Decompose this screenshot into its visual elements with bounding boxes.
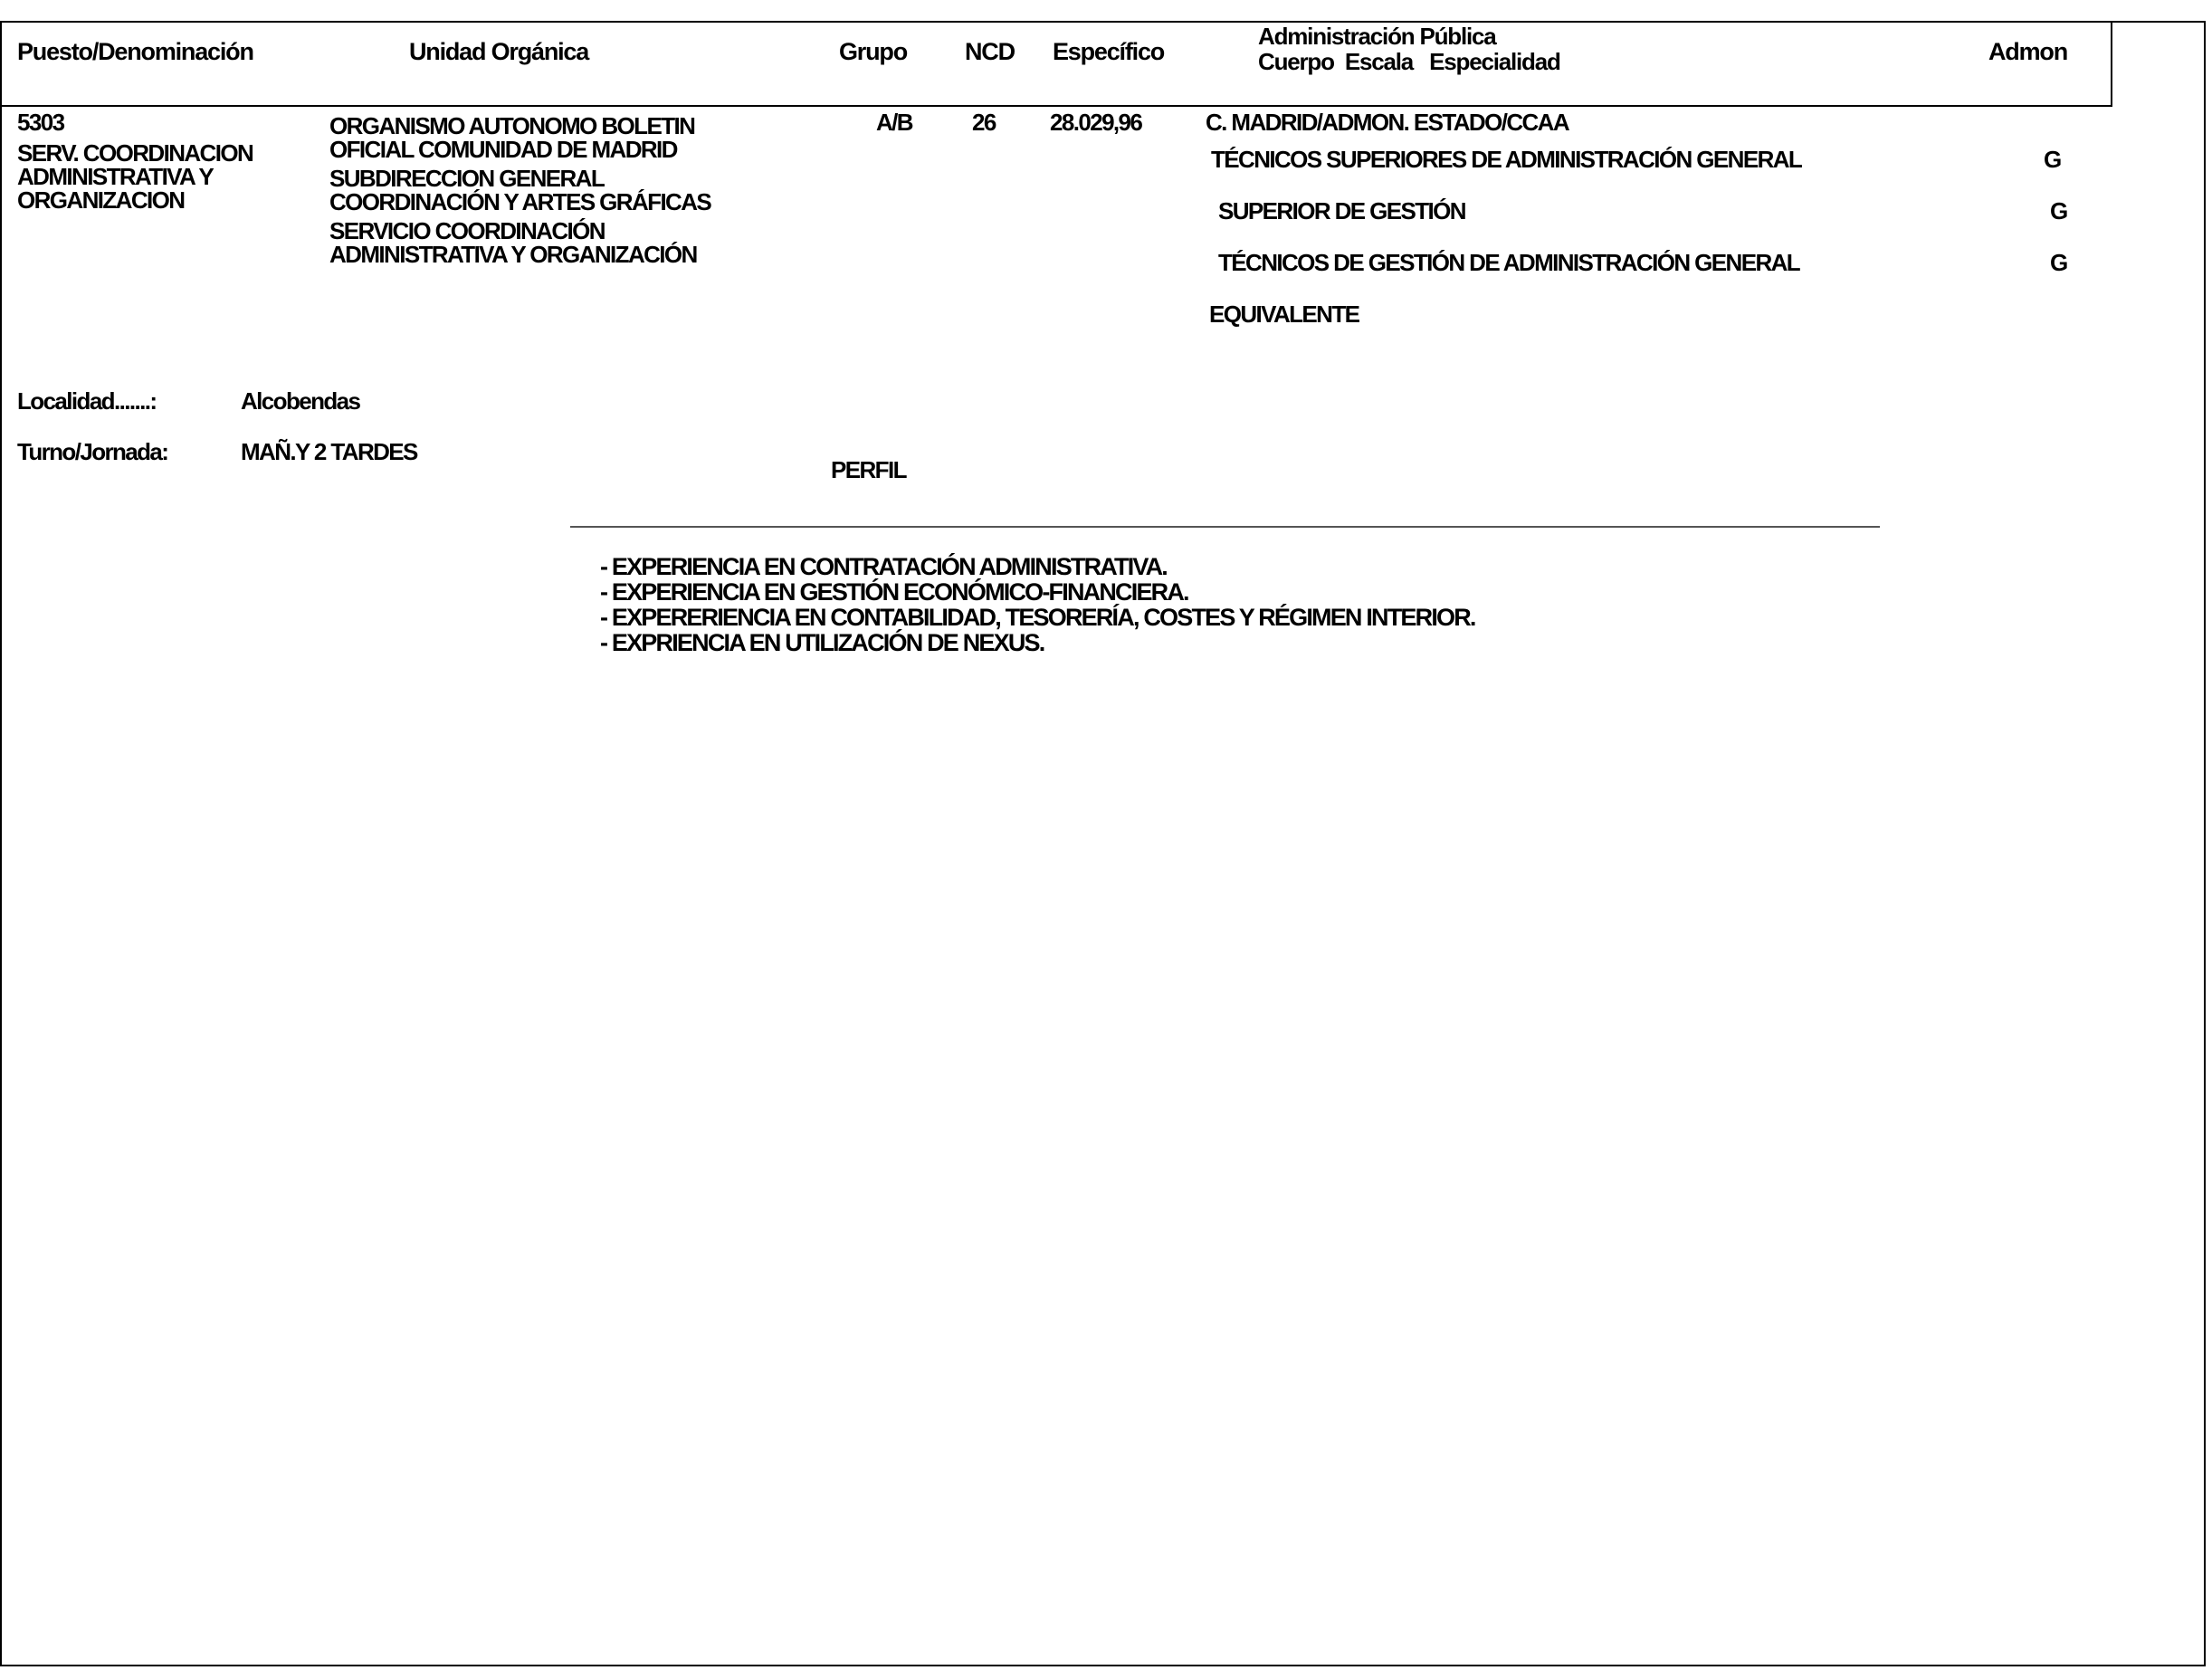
- cuerpo-name: TÉCNICOS SUPERIORES DE ADMINISTRACIÓN GE…: [1211, 148, 1801, 171]
- col-header-ncd: NCD: [965, 40, 1015, 64]
- unidad-line: ADMINISTRATIVA Y ORGANIZACIÓN: [329, 242, 710, 267]
- localidad-value: Alcobendas: [241, 389, 359, 413]
- unidad-line: SUBDIRECCION GENERAL: [329, 166, 710, 191]
- cuerpo-name: TÉCNICOS DE GESTIÓN DE ADMINISTRACIÓN GE…: [1218, 251, 1799, 274]
- perfil-title: PERFIL: [831, 458, 906, 482]
- unidad-line: OFICIAL COMUNIDAD DE MADRID: [329, 137, 710, 162]
- denominacion-line: ADMINISTRATIVA Y: [17, 165, 253, 188]
- requirement-item: - EXPERIENCIA EN CONTRATACIÓN ADMINISTRA…: [600, 554, 1475, 579]
- position-denominacion: SERV. COORDINACION ADMINISTRATIVA Y ORGA…: [17, 141, 253, 212]
- equivalente-label: EQUIVALENTE: [1209, 302, 1359, 326]
- requirement-item: - EXPERIENCIA EN GESTIÓN ECONÓMICO-FINAN…: [600, 579, 1475, 605]
- col-header-unidad: Unidad Orgánica: [409, 40, 588, 64]
- col-header-cuerpo-escala: Cuerpo Escala Especialidad: [1258, 50, 1560, 73]
- administracion-publica-value: C. MADRID/ADMON. ESTADO/CCAA: [1206, 110, 1568, 134]
- localidad-label: Localidad.......:: [17, 389, 156, 413]
- position-code: 5303: [17, 110, 63, 134]
- requirement-item: - EXPERERIENCIA EN CONTABILIDAD, TESORER…: [600, 605, 1475, 630]
- cuerpo-name: SUPERIOR DE GESTIÓN: [1218, 199, 1465, 223]
- col-header-admon: Admon: [1988, 40, 2067, 64]
- col-header-puesto: Puesto/Denominación: [17, 40, 253, 64]
- perfil-divider: [570, 526, 1880, 528]
- cuerpo-admon: G: [2044, 148, 2061, 171]
- denominacion-line: SERV. COORDINACION: [17, 141, 253, 165]
- cuerpo-admon: G: [2050, 199, 2067, 223]
- cuerpo-admon: G: [2050, 251, 2067, 274]
- especifico-value: 28.029,96: [1050, 110, 1141, 134]
- col-header-especifico: Específico: [1053, 40, 1164, 64]
- unidad-line: SERVICIO COORDINACIÓN: [329, 218, 710, 243]
- unidad-organica: ORGANISMO AUTONOMO BOLETIN OFICIAL COMUN…: [329, 113, 710, 267]
- requirement-item: - EXPRIENCIA EN UTILIZACIÓN DE NEXUS.: [600, 630, 1475, 655]
- turno-value: MAÑ.Y 2 TARDES: [241, 440, 417, 463]
- perfil-requirements: - EXPERIENCIA EN CONTRATACIÓN ADMINISTRA…: [600, 554, 1475, 655]
- col-header-administracion: Administración Pública: [1258, 24, 1496, 48]
- col-header-grupo: Grupo: [839, 40, 907, 64]
- ncd-value: 26: [972, 110, 996, 134]
- turno-label: Turno/Jornada:: [17, 440, 167, 463]
- unidad-line: ORGANISMO AUTONOMO BOLETIN: [329, 113, 710, 138]
- grupo-value: A/B: [876, 110, 912, 134]
- denominacion-line: ORGANIZACION: [17, 188, 253, 212]
- unidad-line: COORDINACIÓN Y ARTES GRÁFICAS: [329, 189, 710, 215]
